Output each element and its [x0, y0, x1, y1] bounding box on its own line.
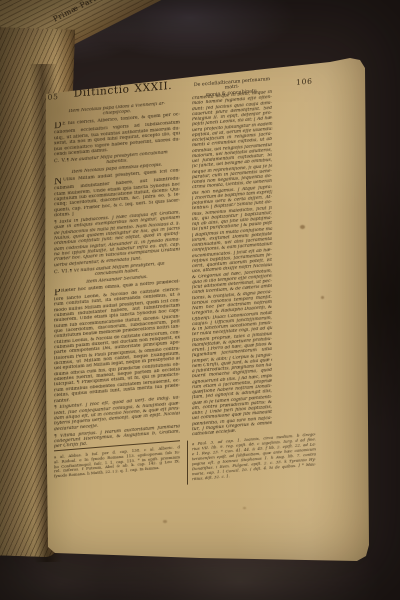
text-block-gloss: ¶ Iuxta in ſubdiaconis. ] Hæc clauſula e… [54, 210, 180, 268]
text-column-left: Item Nicolaus papa Odoni à Viennenſi ar-… [54, 100, 180, 454]
text-column-right: cramenta neque in bono, neque inmalo hom… [192, 90, 272, 444]
running-head-left: Diſtinctio XXXII. [64, 79, 182, 100]
book-photo: Primæ Partis. 105 106 Diſtinctio XXXII. … [0, 0, 400, 600]
text-block-para: PRæter hoc autem omnia, quæ à noſtro præ… [54, 279, 180, 404]
left-page-running-title: Primæ Partis. [51, 0, 106, 24]
page-content: 105 106 Diſtinctio XXXII. De eccleſiaſti… [46, 70, 370, 576]
footnote-divider [187, 441, 188, 485]
chapter-label: C. V. [54, 158, 66, 164]
column-number-right: 106 [296, 77, 313, 87]
footnotes-right: a Paul. 3. ad cap. 1. Ioannis, circa med… [192, 431, 316, 483]
